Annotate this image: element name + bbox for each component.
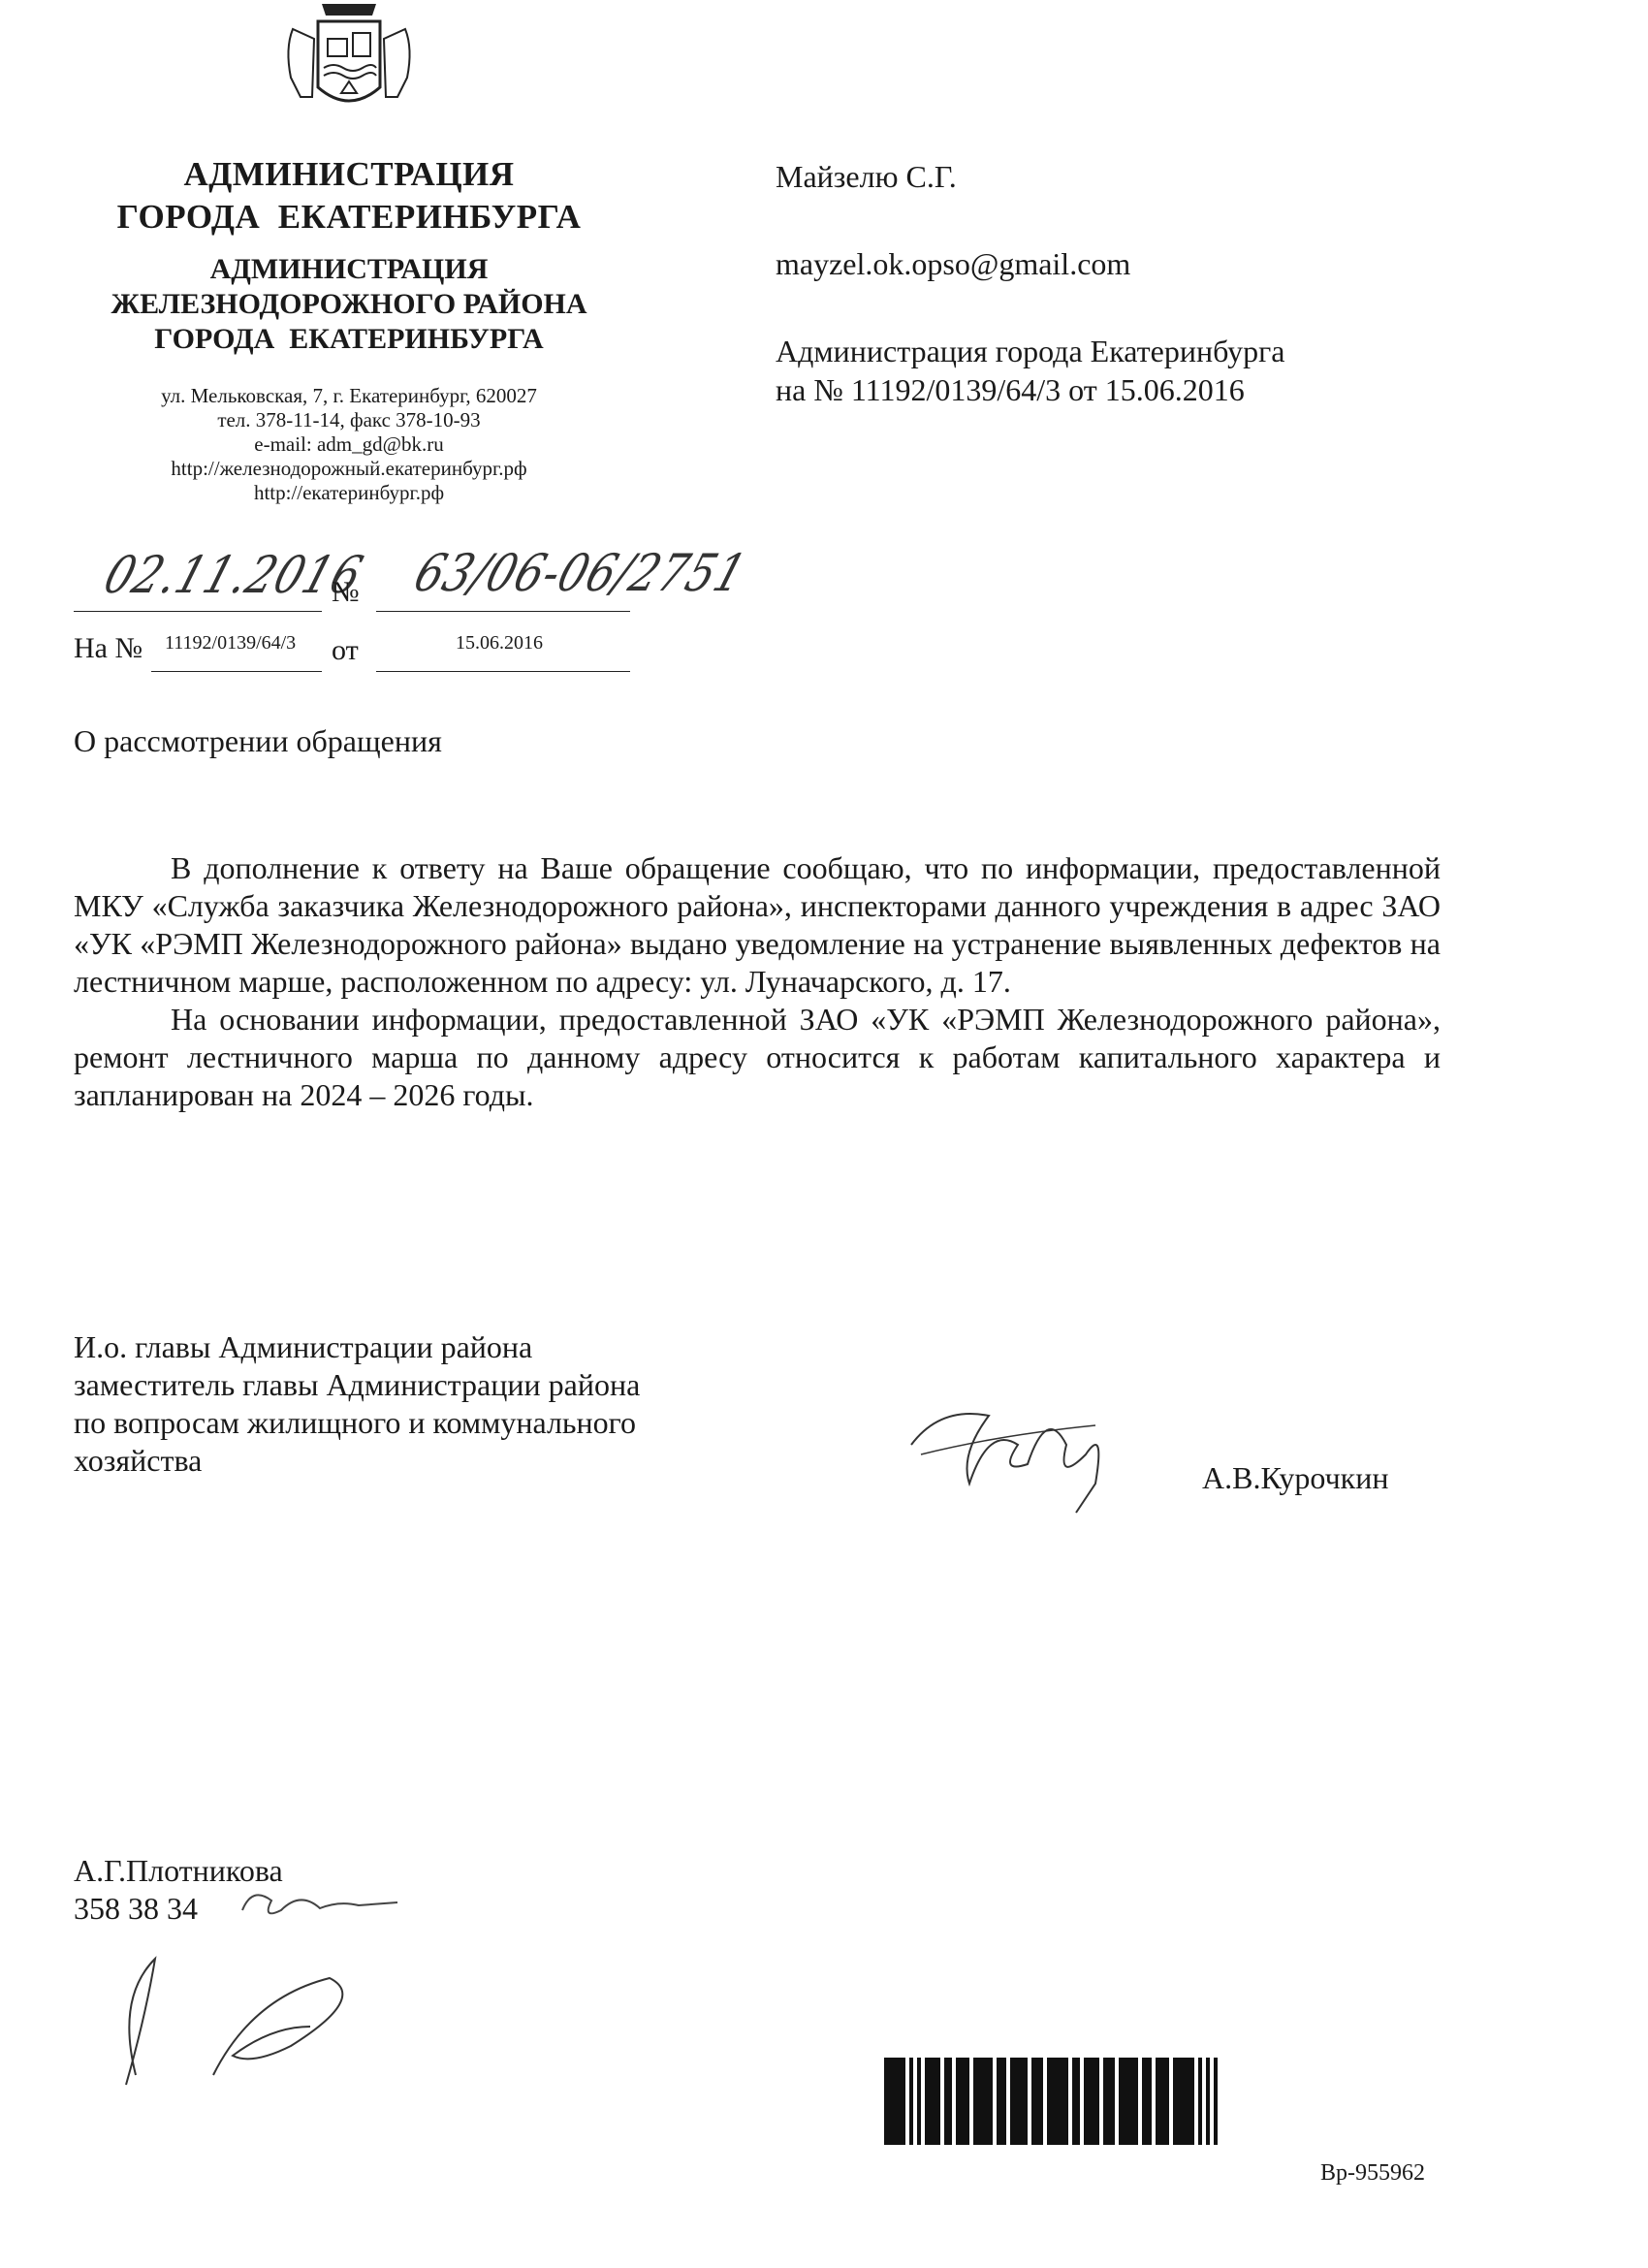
signatory-title-line: заместитель главы Администрации района: [74, 1366, 810, 1404]
reply-number-line: [151, 671, 322, 672]
recipient-name: Майзелю С.Г.: [776, 157, 957, 196]
org-city-line2: ГОРОДА ЕКАТЕРИНБУРГА: [58, 196, 640, 239]
org-district-line2: ЖЕЛЕЗНОДОРОЖНОГО РАЙОНА: [58, 287, 640, 322]
org-city-line1: АДМИНИСТРАЦИЯ: [58, 153, 640, 196]
letter-body: В дополнение к ответу на Ваше обращение …: [74, 849, 1441, 1114]
reply-to-date: 15.06.2016: [456, 632, 543, 655]
org-district-line3: ГОРОДА ЕКАТЕРИНБУРГА: [58, 322, 640, 357]
body-paragraph: В дополнение к ответу на Ваше обращение …: [74, 849, 1441, 1001]
handwritten-signature-icon: [902, 1387, 1173, 1527]
barcode-icon: [884, 2058, 1221, 2145]
recipient-org: Администрация города Екатеринбурга: [776, 332, 1284, 370]
approval-signature-icon: [78, 1939, 407, 2099]
signatory-name: А.В.Курочкин: [1202, 1460, 1388, 1496]
barcode-id: Вр-955962: [1320, 2160, 1425, 2187]
outgoing-number: 63/06-06/2751: [407, 544, 753, 603]
signatory-title: И.о. главы Администрации района заместит…: [74, 1328, 810, 1480]
contact-email: e-mail: adm_gd@bk.ru: [58, 432, 640, 457]
outgoing-date: 02.11.2016: [97, 546, 370, 605]
org-contacts: ул. Мельковская, 7, г. Екатеринбург, 620…: [58, 384, 640, 505]
signatory-title-line: по вопросам жилищного и коммунального: [74, 1404, 810, 1442]
body-paragraph: На основании информации, предоставленной…: [74, 1001, 1441, 1114]
number-line: [376, 611, 630, 612]
org-city-name: АДМИНИСТРАЦИЯ ГОРОДА ЕКАТЕРИНБУРГА: [58, 153, 640, 239]
org-district-line1: АДМИНИСТРАЦИЯ: [58, 252, 640, 287]
from-label: от: [332, 634, 359, 667]
reply-to-label: На №: [74, 632, 143, 665]
executor-initials-icon: [233, 1881, 427, 1934]
contact-website-district: http://железнодорожный.екатеринбург.рф: [58, 457, 640, 481]
date-line: [74, 611, 322, 612]
contact-phone: тел. 378-11-14, факс 378-10-93: [58, 408, 640, 432]
letter-subject: О рассмотрении обращения: [74, 723, 442, 759]
signatory-title-line: хозяйства: [74, 1442, 810, 1480]
signatory-title-line: И.о. главы Администрации района: [74, 1328, 810, 1366]
number-label: №: [332, 576, 360, 609]
reply-to-number: 11192/0139/64/3: [165, 632, 296, 655]
contact-address: ул. Мельковская, 7, г. Екатеринбург, 620…: [58, 384, 640, 408]
coat-of-arms-icon: [271, 0, 427, 116]
recipient-email: mayzel.ok.opso@gmail.com: [776, 244, 1130, 283]
org-district-name: АДМИНИСТРАЦИЯ ЖЕЛЕЗНОДОРОЖНОГО РАЙОНА ГО…: [58, 252, 640, 357]
contact-website-city: http://екатеринбург.рф: [58, 481, 640, 505]
recipient-reference: на № 11192/0139/64/3 от 15.06.2016: [776, 370, 1245, 409]
reply-date-line: [376, 671, 630, 672]
